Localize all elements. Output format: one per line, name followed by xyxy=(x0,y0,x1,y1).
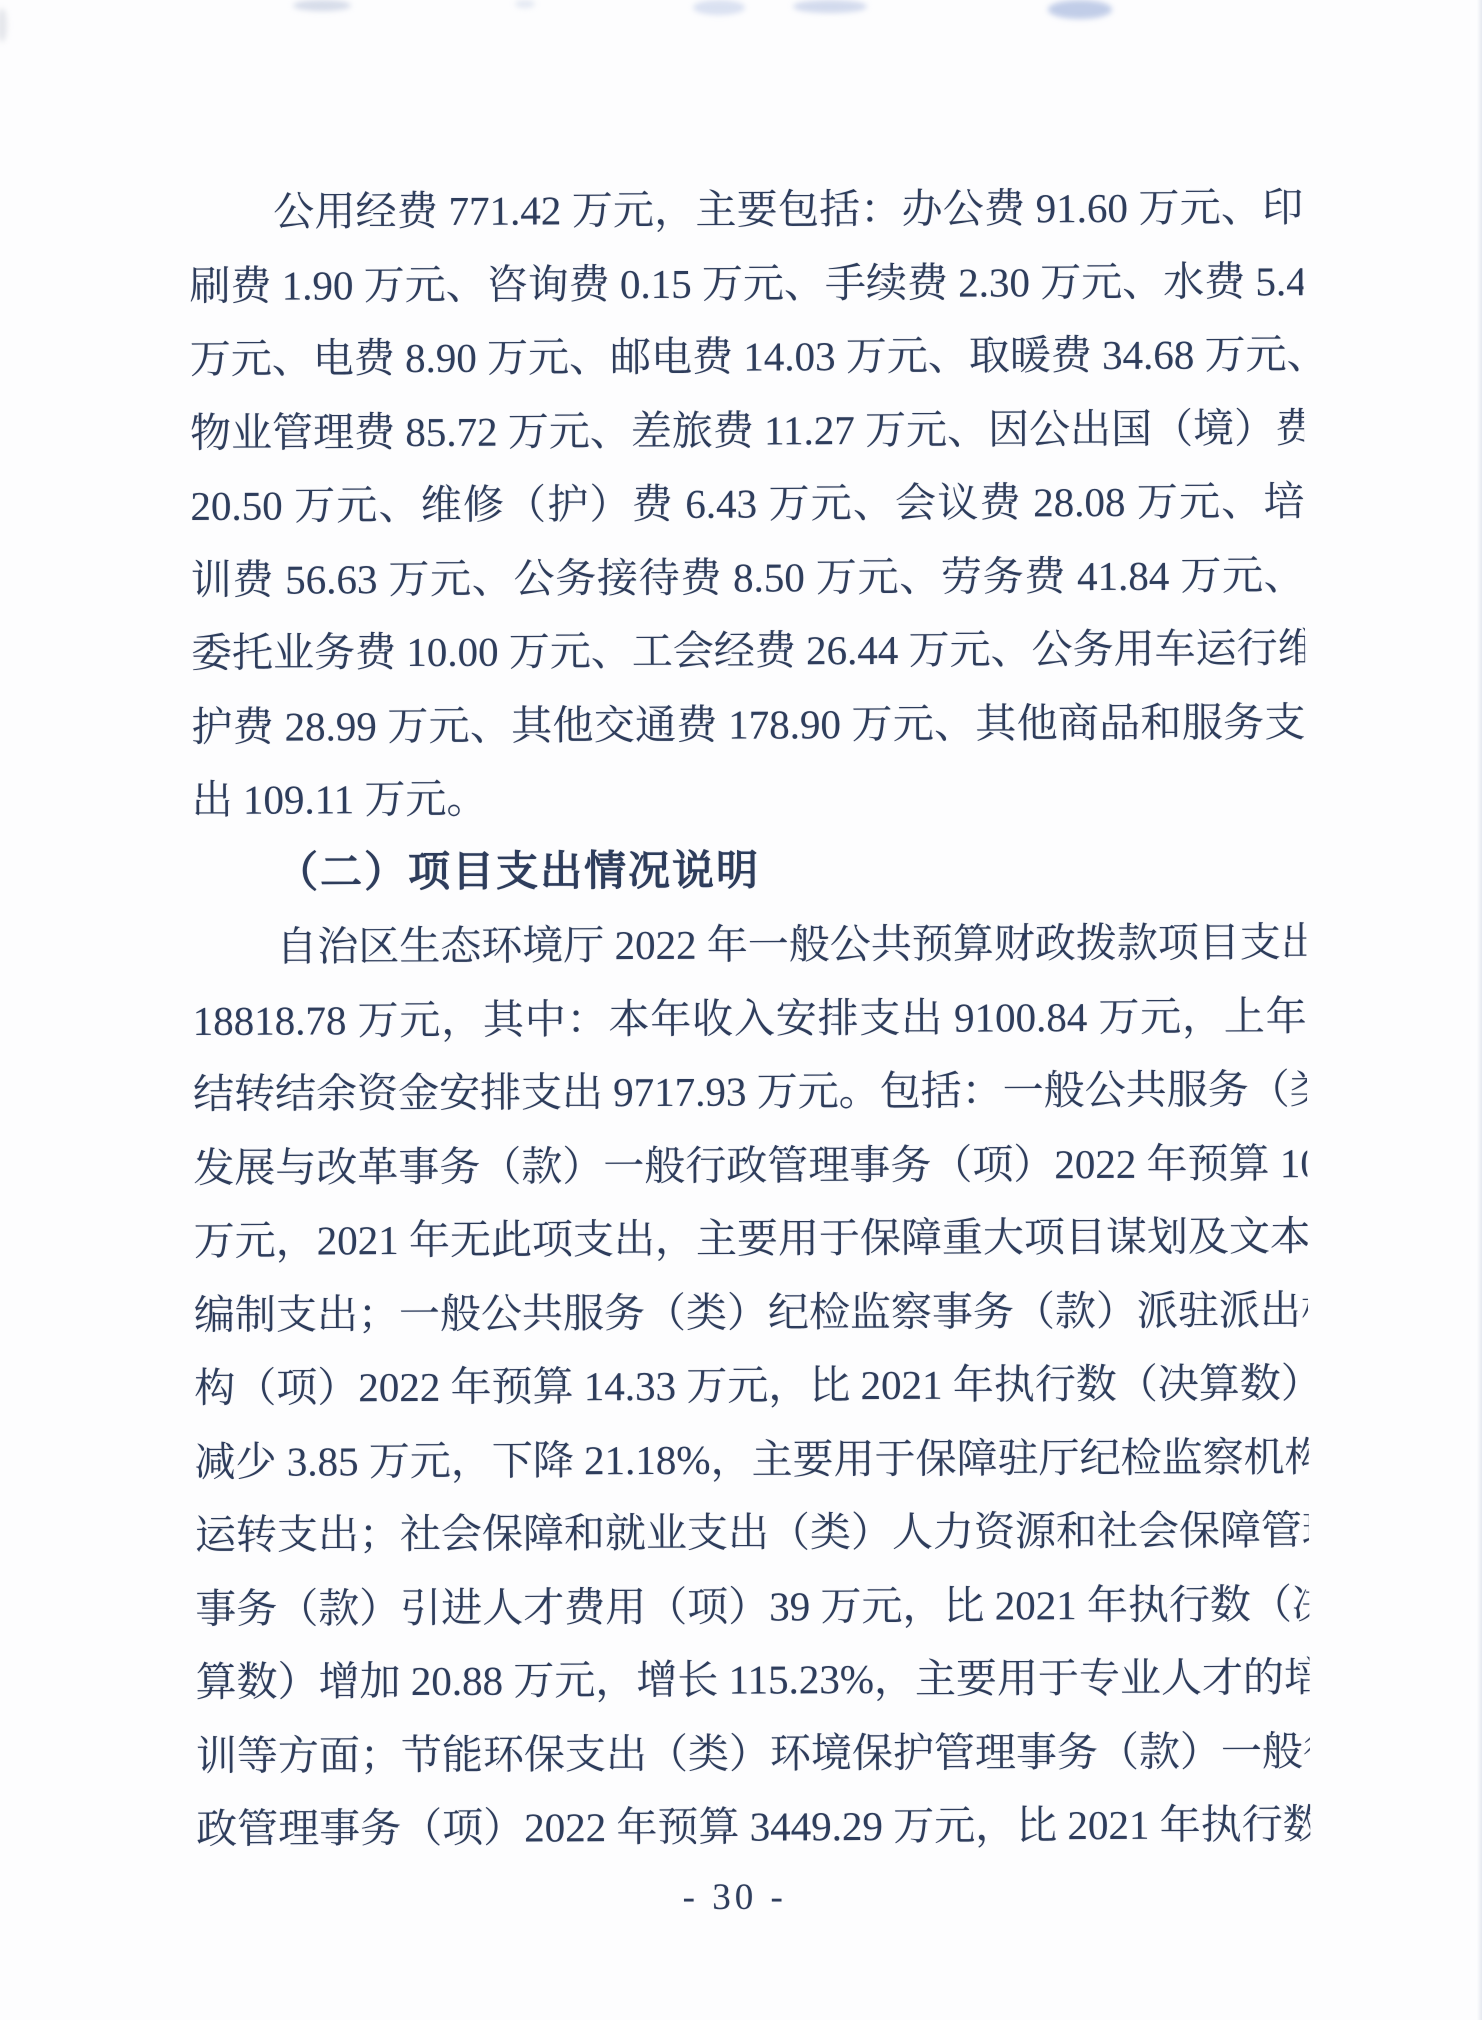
text-line: 训等方面；节能环保支出（类）环境保护管理事务（款）一般行 xyxy=(196,1715,1310,1793)
scan-smudge xyxy=(793,0,867,13)
document-body: 公用经费 771.42 万元，主要包括：办公费 91.60 万元、印刷费 1.9… xyxy=(189,171,1310,1866)
text-line: 事务（款）引进人才费用（项）39 万元，比 2021 年执行数（决 xyxy=(195,1568,1309,1646)
text-line: 运转支出；社会保障和就业支出（类）人力资源和社会保障管理 xyxy=(195,1494,1309,1572)
scan-edge-line xyxy=(1477,0,1482,2020)
scan-smudge xyxy=(515,0,535,8)
section-heading: （二）项目支出情况说明 xyxy=(192,833,1306,911)
text-line: 万元、电费 8.90 万元、邮电费 14.03 万元、取暖费 34.68 万元、 xyxy=(190,318,1304,396)
text-line: 发展与改革事务（款）一般行政管理事务（项）2022 年预算 100 xyxy=(193,1127,1307,1205)
scan-smudge xyxy=(0,8,7,42)
text-line: 构（项）2022 年预算 14.33 万元，比 2021 年执行数（决算数） xyxy=(194,1347,1308,1425)
scan-smudge xyxy=(1048,0,1112,19)
text-line: 刷费 1.90 万元、咨询费 0.15 万元、手续费 2.30 万元、水费 5.… xyxy=(189,245,1303,323)
scan-smudge xyxy=(293,0,351,11)
text-line: 物业管理费 85.72 万元、差旅费 11.27 万元、因公出国（境）费 xyxy=(190,392,1304,470)
text-line: 编制支出；一般公共服务（类）纪检监察事务（款）派驻派出机 xyxy=(194,1274,1308,1352)
text-line: 算数）增加 20.88 万元，增长 115.23%，主要用于专业人才的培 xyxy=(195,1641,1309,1719)
text-line: 18818.78 万元，其中：本年收入安排支出 9100.84 万元，上年 xyxy=(193,980,1307,1058)
page-number: - 30 - xyxy=(683,1876,787,1919)
text-line: 自治区生态环境厅 2022 年一般公共预算财政拨款项目支出 xyxy=(192,906,1306,984)
scan-smudge xyxy=(693,0,745,15)
text-line: 20.50 万元、维修（护）费 6.43 万元、会议费 28.08 万元、培 xyxy=(190,465,1304,543)
text-line: 委托业务费 10.00 万元、工会经费 26.44 万元、公务用车运行维 xyxy=(191,612,1305,690)
text-line: 公用经费 771.42 万元，主要包括：办公费 91.60 万元、印 xyxy=(189,171,1303,249)
text-line: 政管理事务（项）2022 年预算 3449.29 万元，比 2021 年执行数 xyxy=(196,1788,1310,1866)
text-line: 训费 56.63 万元、公务接待费 8.50 万元、劳务费 41.84 万元、 xyxy=(191,539,1305,617)
text-line: 减少 3.85 万元，下降 21.18%，主要用于保障驻厅纪检监察机构 xyxy=(194,1421,1308,1499)
text-line: 万元，2021 年无此项支出，主要用于保障重大项目谋划及文本 xyxy=(193,1200,1307,1278)
document-page: 公用经费 771.42 万元，主要包括：办公费 91.60 万元、印刷费 1.9… xyxy=(0,0,1482,2020)
text-line: 出 109.11 万元。 xyxy=(192,759,1306,837)
text-line: 结转结余资金安排支出 9717.93 万元。包括：一般公共服务（类） xyxy=(193,1053,1307,1131)
text-line: 护费 28.99 万元、其他交通费 178.90 万元、其他商品和服务支 xyxy=(191,686,1305,764)
